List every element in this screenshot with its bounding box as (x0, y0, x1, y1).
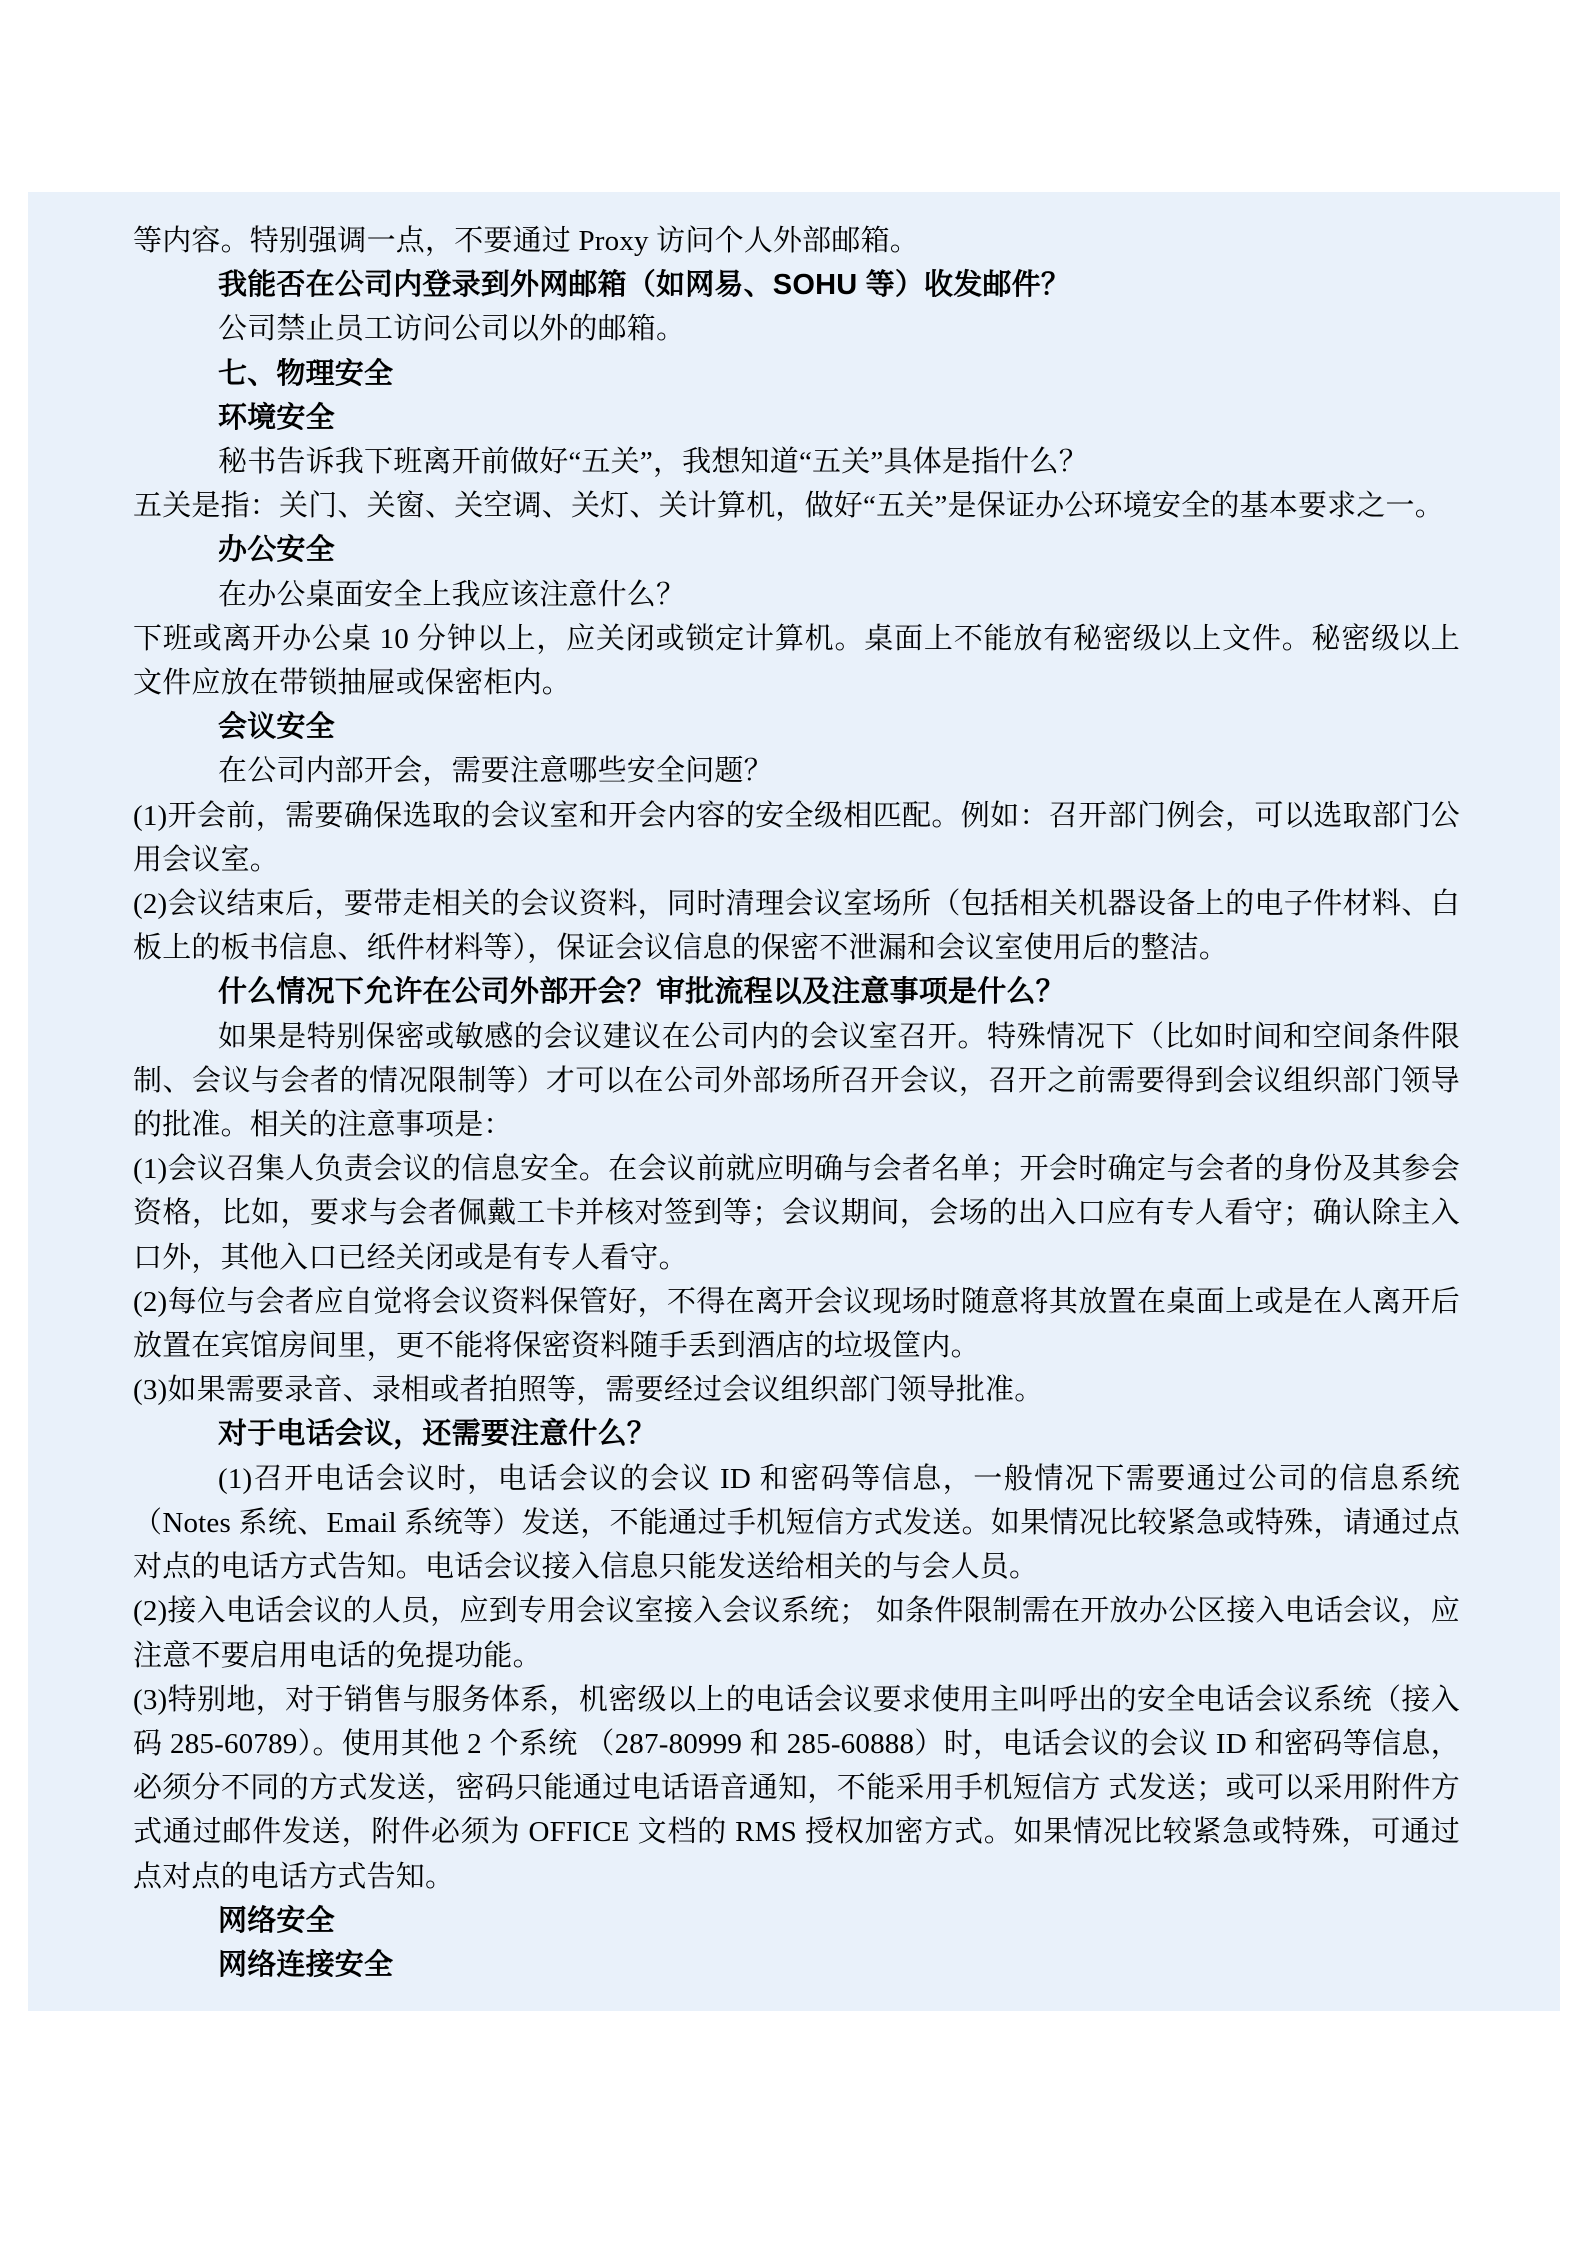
body-paragraph: (3)特别地，对于销售与服务体系，机密级以上的电话会议要求使用主叫呼出的安全电话… (133, 1678, 1460, 1899)
body-paragraph: 公司禁止员工访问公司以外的邮箱。 (133, 307, 1460, 351)
section-heading: 网络连接安全 (133, 1943, 1460, 1987)
body-paragraph: 如果是特别保密或敏感的会议建议在公司内的会议室召开。特殊情况下（比如时间和空间条… (133, 1015, 1460, 1148)
body-paragraph: (1)召开电话会议时，电话会议的会议 ID 和密码等信息，一般情况下需要通过公司… (133, 1457, 1460, 1590)
body-paragraph: 下班或离开办公桌 10 分钟以上，应关闭或锁定计算机。桌面上不能放有秘密级以上文… (133, 617, 1460, 705)
body-paragraph: (1)会议召集人负责会议的信息安全。在会议前就应明确与会者名单；开会时确定与会者… (133, 1147, 1460, 1280)
paragraph-list: 等内容。特别强调一点，不要通过 Proxy 访问个人外部邮箱。我能否在公司内登录… (28, 192, 1560, 2011)
body-paragraph: 五关是指：关门、关窗、关空调、关灯、关计算机，做好“五关”是保证办公环境安全的基… (133, 484, 1460, 528)
section-heading: 什么情况下允许在公司外部开会？审批流程以及注意事项是什么？ (133, 970, 1460, 1014)
section-heading: 七、物理安全 (133, 352, 1460, 396)
document-content-panel: 等内容。特别强调一点，不要通过 Proxy 访问个人外部邮箱。我能否在公司内登录… (28, 192, 1560, 2011)
body-paragraph: (2)会议结束后，要带走相关的会议资料，同时清理会议室场所（包括相关机器设备上的… (133, 882, 1460, 970)
section-heading: 对于电话会议，还需要注意什么？ (133, 1412, 1460, 1456)
section-heading: 网络安全 (133, 1899, 1460, 1943)
body-paragraph: (1)开会前，需要确保选取的会议室和开会内容的安全级相匹配。例如：召开部门例会，… (133, 794, 1460, 882)
section-heading: 会议安全 (133, 705, 1460, 749)
body-paragraph: 秘书告诉我下班离开前做好“五关”，我想知道“五关”具体是指什么？ (133, 440, 1460, 484)
section-heading: 我能否在公司内登录到外网邮箱（如网易、SOHU 等）收发邮件？ (133, 263, 1460, 307)
body-paragraph: (2)每位与会者应自觉将会议资料保管好，不得在离开会议现场时随意将其放置在桌面上… (133, 1280, 1460, 1368)
body-paragraph: (2)接入电话会议的人员，应到专用会议室接入会议系统； 如条件限制需在开放办公区… (133, 1589, 1460, 1677)
section-heading: 办公安全 (133, 528, 1460, 572)
body-paragraph: 等内容。特别强调一点，不要通过 Proxy 访问个人外部邮箱。 (133, 219, 1460, 263)
section-heading: 环境安全 (133, 396, 1460, 440)
body-paragraph: 在办公桌面安全上我应该注意什么？ (133, 573, 1460, 617)
body-paragraph: (3)如果需要录音、录相或者拍照等，需要经过会议组织部门领导批准。 (133, 1368, 1460, 1412)
body-paragraph: 在公司内部开会，需要注意哪些安全问题？ (133, 749, 1460, 793)
